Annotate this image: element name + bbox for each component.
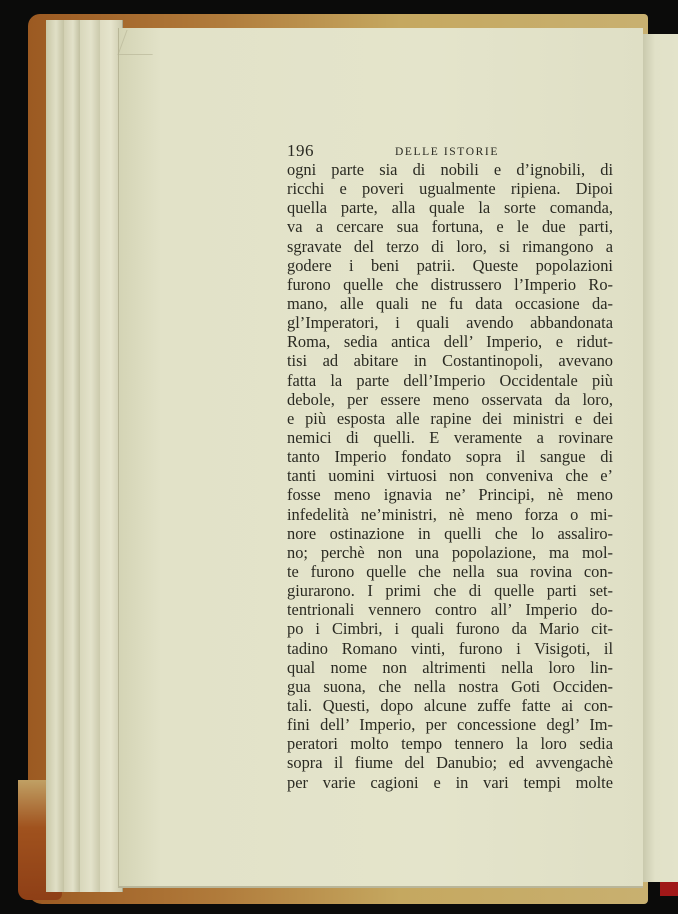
text-line: ricchi e poveri ugualmente ripiena. Dipo… [287, 179, 613, 198]
text-line: fatta la parte dell’Imperio Occidentale … [287, 371, 613, 390]
text-line: nore ostinazione in quelli che lo assali… [287, 524, 613, 543]
text-line: debole, per essere meno osservata da lor… [287, 390, 613, 409]
text-line: Roma, sedia antica dell’ Imperio, e ridu… [287, 332, 613, 351]
text-line: qual nome non altrimenti nella loro lin- [287, 658, 613, 677]
text-line: peratori molto tempo tennero la loro sed… [287, 734, 613, 753]
text-line: va a cercare sua fortuna, e le due parti… [287, 217, 613, 236]
red-ribbon-marker [660, 882, 678, 896]
text-line: tanto Imperio fondato sopra il sangue di [287, 447, 613, 466]
text-line: tisi ad abitare in Costantinopoli, aveva… [287, 351, 613, 370]
text-line: tadino Romano vinti, furono i Visigoti, … [287, 639, 613, 658]
text-line: per varie cagioni e in vari tempi molte [287, 773, 613, 792]
text-line: fini dell’ Imperio, per concessione degl… [287, 715, 613, 734]
text-line: sgravate del terzo di loro, si rimangono… [287, 237, 613, 256]
text-line: furono quelle che distrussero l’Imperio … [287, 275, 613, 294]
body-text: ogni parte sia di nobili e d’ignobili, d… [287, 160, 613, 792]
page-number: 196 [287, 141, 314, 160]
text-line: nemici di quelli. E veramente a rovinare [287, 428, 613, 447]
text-line: tanti uomini virtuosi non conveniva che … [287, 466, 613, 485]
text-line: po i Cimbri, i quali furono da Mario cit… [287, 619, 613, 638]
page-header: 196 DELLE ISTORIE [287, 141, 613, 160]
text-line: te furono quelle che nella sua rovina co… [287, 562, 613, 581]
running-head: DELLE ISTORIE [395, 143, 499, 162]
text-line: no; perchè non una popolazione, ma mol- [287, 543, 613, 562]
text-line: gua suona, che nella nostra Goti Occiden… [287, 677, 613, 696]
text-line: ogni parte sia di nobili e d’ignobili, d… [287, 160, 613, 179]
text-line: fosse meno ignavia ne’ Principi, nè meno [287, 485, 613, 504]
text-line: giurarono. I primi che di quelle parti s… [287, 581, 613, 600]
text-line: quella parte, alla quale la sorte comand… [287, 198, 613, 217]
text-line: tentrionali vennero contro all’ Imperio … [287, 600, 613, 619]
text-line: e più esposta alle rapine dei ministri e… [287, 409, 613, 428]
text-line: mano, alle quali ne fu data occasione da… [287, 294, 613, 313]
text-line: sopra il fiume del Danubio; ed avvengach… [287, 753, 613, 772]
text-line: godere i beni patrii. Queste popolazioni [287, 256, 613, 275]
text-line: infedelità ne’ministri, nè meno forza o … [287, 505, 613, 524]
text-line: tali. Questi, dopo alcune zuffe fatte ai… [287, 696, 613, 715]
facing-page-edge [640, 34, 678, 882]
page-text-block: 196 DELLE ISTORIE ogni parte sia di nobi… [287, 141, 613, 792]
text-line: gl’Imperatori, i quali avendo abbandonat… [287, 313, 613, 332]
